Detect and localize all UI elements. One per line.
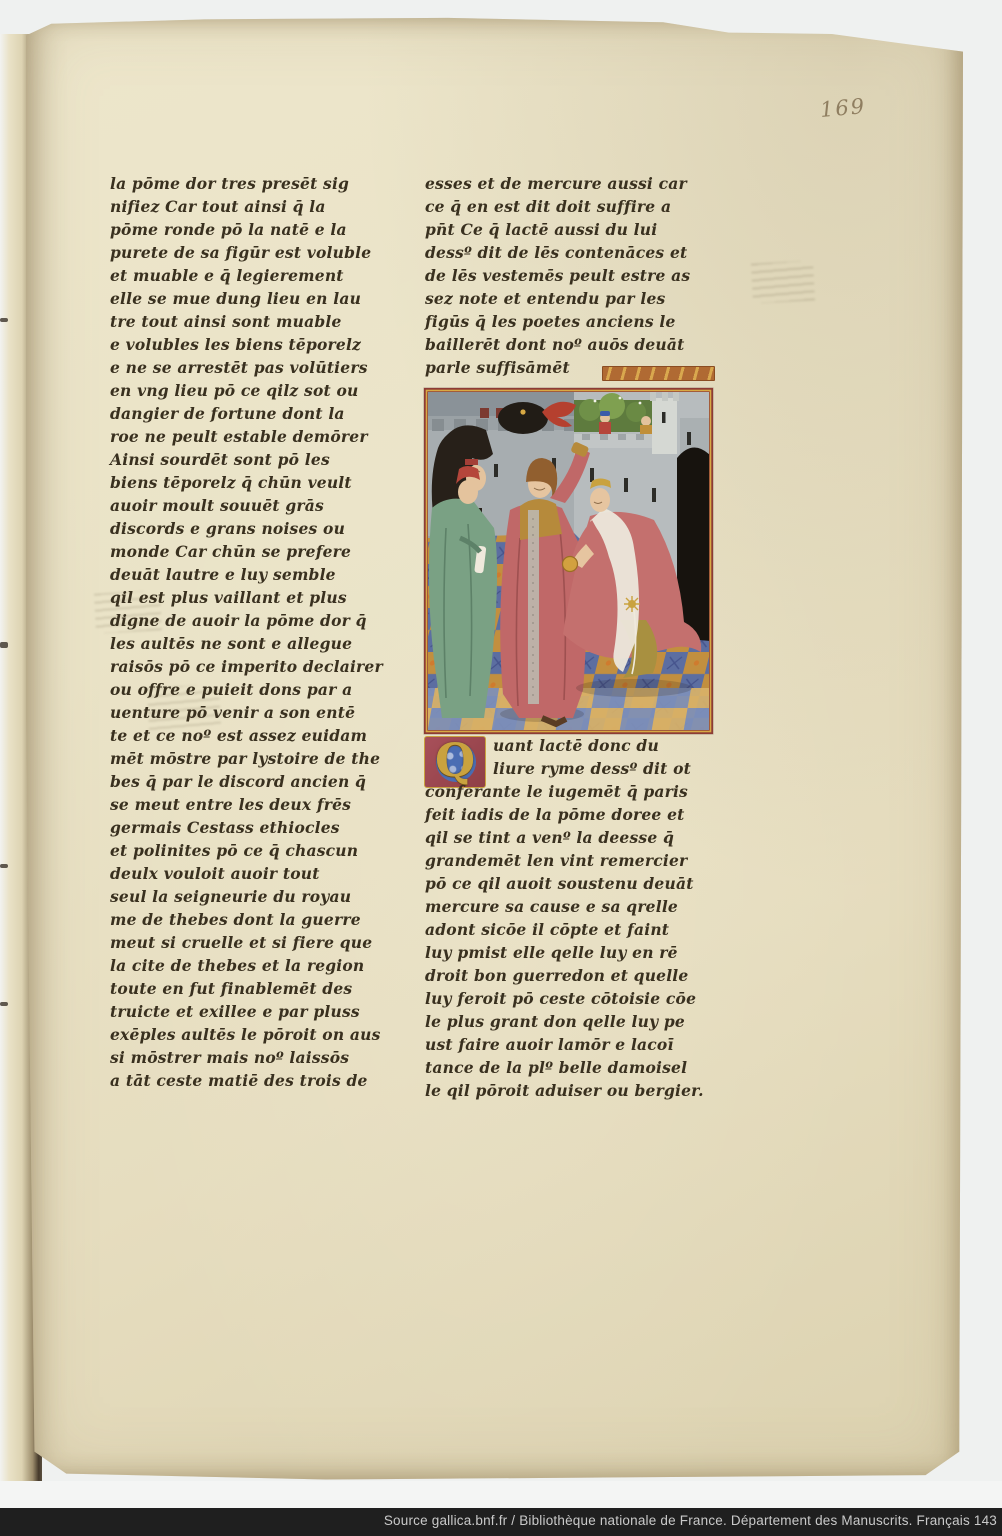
manuscript-line: figūs q̄ les poetes anciens le — [425, 310, 725, 333]
golden-apple — [563, 557, 578, 572]
manuscript-line: esses et de mercure aussi car — [425, 172, 725, 195]
manuscript-line: ust faire auoir lamōr e lacoī — [425, 1033, 727, 1056]
brooch — [624, 596, 640, 612]
manuscript-line: digne de auoir la pōme dor q̄ — [110, 609, 400, 632]
manuscript-line: dessº dit de lēs contenāces et — [425, 241, 725, 264]
manuscript-line: meut si cruelle et si fiere que — [110, 931, 400, 954]
manuscript-line: deulx vouloit auoir tout — [110, 862, 400, 885]
manuscript-line: la pōme dor tres presēt sig — [110, 172, 400, 195]
footer-spacer — [0, 1481, 1002, 1508]
manuscript-line: bes q̄ par le discord ancien q̄ — [110, 770, 400, 793]
manuscript-line: deuāt lautre e luy semble — [110, 563, 400, 586]
right-text-column-top: esses et de mercure aussi carce q̄ en es… — [425, 172, 725, 379]
manuscript-line: e volubles les biens tēporelz — [110, 333, 400, 356]
manuscript-line: uant lactē donc du — [425, 734, 727, 757]
garden-onlooker — [599, 411, 611, 434]
manuscript-line: uenture pō venir a son entē — [110, 701, 400, 724]
manuscript-line: tance de la plº belle damoisel — [425, 1056, 727, 1079]
manuscript-line: a tāt ceste matiē des trois de — [110, 1069, 400, 1092]
manuscript-line: conferante le iugemēt q̄ paris — [425, 780, 727, 803]
line-filler-ornament — [602, 366, 715, 381]
turret — [650, 392, 679, 454]
manuscript-line: pōme ronde pō la natē e la — [110, 218, 400, 241]
manuscript-line: mercure sa cause e sa qrelle — [425, 895, 727, 918]
manuscript-line: baillerēt dont noº auōs deuāt — [425, 333, 725, 356]
manuscript-line: mēt mōstre par lystoire de the — [110, 747, 400, 770]
manuscript-line: grandemēt len vint remercier — [425, 849, 727, 872]
manuscript-line: les aultēs ne sont e allegue — [110, 632, 400, 655]
miniature-illustration — [424, 388, 713, 734]
manuscript-line: te et ce noº est assez euidam — [110, 724, 400, 747]
manuscript-line: adont sicōe il cōpte et faint — [425, 918, 727, 941]
manuscript-line: germais Cestass ethiocles — [110, 816, 400, 839]
manuscript-line: monde Car chūn se prefere — [110, 540, 400, 563]
page-edge-mark — [0, 864, 8, 868]
show-through-smudge — [751, 260, 815, 303]
manuscript-line: me de thebes dont la guerre — [110, 908, 400, 931]
manuscript-line: qil est plus vaillant et plus — [110, 586, 400, 609]
manuscript-line: toute en fut finablemēt des — [110, 977, 400, 1000]
page-edge-mark — [0, 642, 8, 648]
manuscript-line: sez note et entendu par les — [425, 287, 725, 310]
manuscript-line: pn̄t Ce q̄ lactē aussi du lui — [425, 218, 725, 241]
manuscript-line: feit iadis de la pōme doree et — [425, 803, 727, 826]
manuscript-line: roe ne peult estable demōrer — [110, 425, 400, 448]
manuscript-line: de lēs vestemēs peult estre as — [425, 264, 725, 287]
manuscript-line: truicte et exillee e par pluss — [110, 1000, 400, 1023]
left-text-column: la pōme dor tres presēt signifiez Car to… — [110, 172, 400, 1092]
manuscript-line: dangier de fortune dont la — [110, 402, 400, 425]
page-edge-mark — [0, 1002, 8, 1006]
manuscript-line: ou offre e puieit dons par a — [110, 678, 400, 701]
manuscript-line: biens tēporelz q̄ chūn veult — [110, 471, 400, 494]
black-hat — [498, 402, 548, 434]
manuscript-line: Ainsi sourdēt sont pō les — [110, 448, 400, 471]
manuscript-line: si mōstrer mais noº laissōs — [110, 1046, 400, 1069]
manuscript-line: seul la seigneurie du royau — [110, 885, 400, 908]
page-edge-mark — [0, 318, 8, 322]
manuscript-line: droit bon guerredon et quelle — [425, 964, 727, 987]
manuscript-line: et polinites pō ce q̄ chascun — [110, 839, 400, 862]
manuscript-line: pō ce qil auoit soustenu deuāt — [425, 872, 727, 895]
manuscript-line: la cite de thebes et la region — [110, 954, 400, 977]
manuscript-line: en vng lieu pō ce qilz sot ou — [110, 379, 400, 402]
manuscript-line: ce q̄ en est dit doit suffire a — [425, 195, 725, 218]
manuscript-line: le plus grant don qelle luy pe — [425, 1010, 727, 1033]
manuscript-line: tre tout ainsi sont muable — [110, 310, 400, 333]
manuscript-line: et muable e q̄ legierement — [110, 264, 400, 287]
right-text-column-bottom: uant lactē donc duliure ryme dessº dit o… — [425, 734, 727, 1102]
manuscript-line: elle se mue dung lieu en lau — [110, 287, 400, 310]
manuscript-line: qil se tint a venº la deesse q̄ — [425, 826, 727, 849]
scanned-manuscript-page: 169 la pōme dor tres presēt signifiez Ca… — [0, 0, 1002, 1536]
manuscript-line: nifiez Car tout ainsi q̄ la — [110, 195, 400, 218]
manuscript-line: liure ryme dessº dit ot — [425, 757, 727, 780]
manuscript-line: raisōs pō ce imperito declairer — [110, 655, 400, 678]
manuscript-line: discords e grans noises ou — [110, 517, 400, 540]
manuscript-line: luy feroit pō ceste cōtoisie cōe — [425, 987, 727, 1010]
manuscript-line: exēples aultēs le pōroit on aus — [110, 1023, 400, 1046]
manuscript-line: e ne se arrestēt pas volūtiers — [110, 356, 400, 379]
gallica-source-bar: Source gallica.bnf.fr / Bibliothèque nat… — [0, 1508, 1002, 1536]
folio-number: 169 — [819, 94, 867, 122]
manuscript-line: auoir moult souuēt grās — [110, 494, 400, 517]
manuscript-line: se meut entre les deux frēs — [110, 793, 400, 816]
manuscript-line: le qil pōroit aduiser ou bergier. — [425, 1079, 727, 1102]
manuscript-line: luy pmist elle qelle luy en rē — [425, 941, 727, 964]
manuscript-line: purete de sa figūr est voluble — [110, 241, 400, 264]
